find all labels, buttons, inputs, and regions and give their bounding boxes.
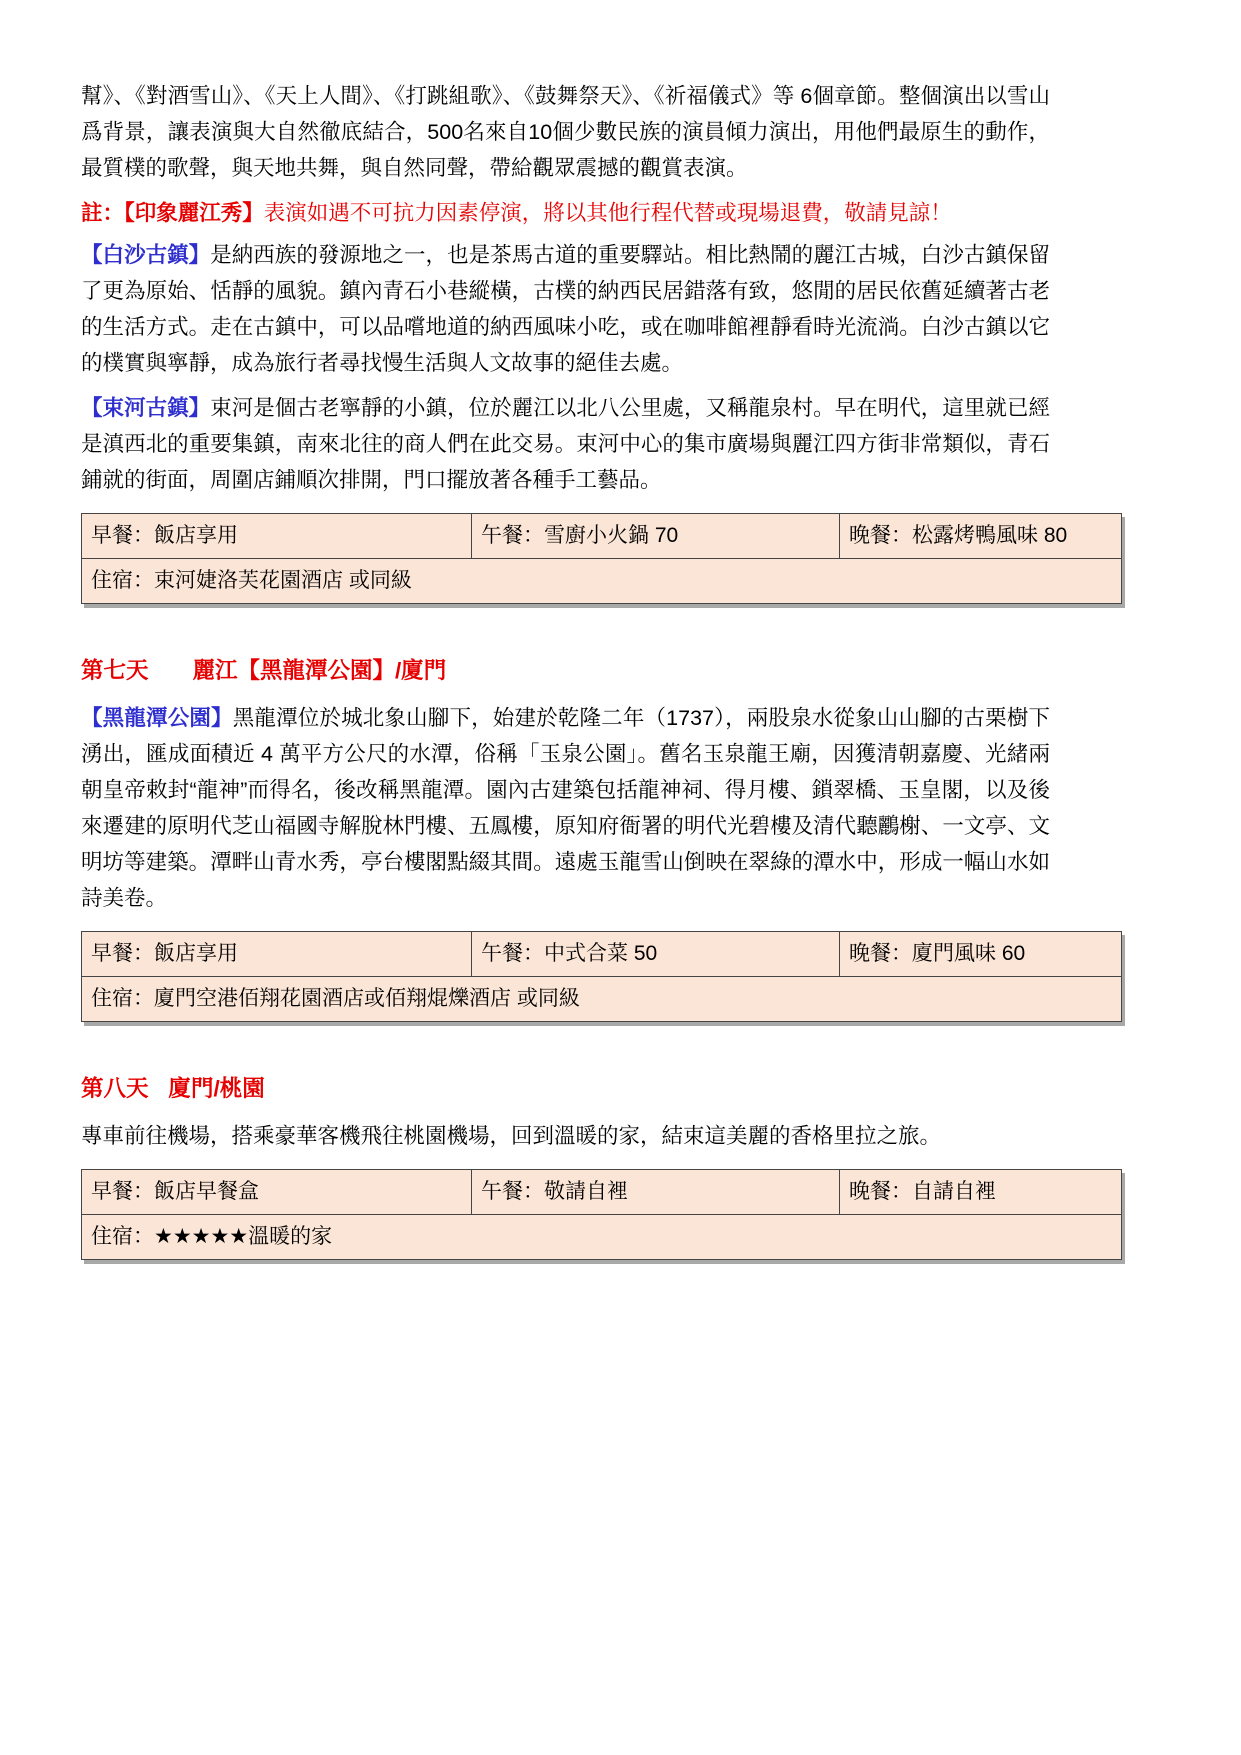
day8-label: 第八天 — [81, 1076, 149, 1101]
meal-table-day8: 早餐：飯店早餐盒 午餐：敬請自裡 晚餐：自請自裡 住宿：★★★★★溫暖的家 — [81, 1169, 1122, 1260]
day8-title: 廈門/桃園 — [169, 1076, 265, 1101]
intro-paragraph: 幫》、《對酒雪山》、《天上人間》、《打跳組歌》、《鼓舞祭天》、《祈福儀式》等 6… — [81, 78, 1050, 186]
lodging-cell: 住宿：束河婕洛芙花園酒店 或同級 — [82, 559, 1122, 604]
note-text: 表演如遇不可抗力因素停演，將以其他行程代替或現場退費，敬請見諒！ — [264, 201, 952, 225]
spot-paragraph-shuhe: 【束河古鎮】束河是個古老寧靜的小鎮，位於麗江以北八公里處，又稱龍泉村。早在明代，… — [81, 390, 1050, 498]
day8-text: 專車前往機場，搭乘豪華客機飛往桃園機場，回到溫暖的家，結束這美麗的香格里拉之旅。 — [81, 1124, 941, 1148]
day8-paragraph: 專車前往機場，搭乘豪華客機飛往桃園機場，回到溫暖的家，結束這美麗的香格里拉之旅。 — [81, 1118, 1050, 1154]
breakfast-cell: 早餐：飯店早餐盒 — [82, 1170, 472, 1215]
breakfast-cell: 早餐：飯店享用 — [82, 932, 472, 977]
spot-text-heilongtan: 黑龍潭位於城北象山腳下，始建於乾隆二年（1737），兩股泉水從象山山腳的古栗樹下… — [81, 706, 1050, 910]
day7-label: 第七天 — [81, 658, 149, 683]
spot-paragraph-baisha: 【白沙古鎮】是納西族的發源地之一，也是茶馬古道的重要驛站。相比熱鬧的麗江古城，白… — [81, 237, 1050, 381]
lodging-cell: 住宿：廈門空港佰翔花園酒店或佰翔焜爍酒店 或同級 — [82, 977, 1122, 1022]
spot-text-baisha: 是納西族的發源地之一，也是茶馬古道的重要驛站。相比熱鬧的麗江古城，白沙古鎮保留了… — [81, 243, 1050, 375]
meal-table-day6: 早餐：飯店享用 午餐：雪廚小火鍋 70 晚餐：松露烤鴨風味 80 住宿：束河婕洛… — [81, 513, 1122, 604]
spot-paragraph-heilongtan: 【黑龍潭公園】黑龍潭位於城北象山腳下，始建於乾隆二年（1737），兩股泉水從象山… — [81, 700, 1050, 916]
dinner-cell: 晚餐：松露烤鴨風味 80 — [840, 514, 1122, 559]
spot-text-shuhe: 束河是個古老寧靜的小鎮，位於麗江以北八公里處，又稱龍泉村。早在明代，這里就已經是… — [81, 396, 1050, 492]
lodging-row: 住宿：廈門空港佰翔花園酒店或佰翔焜爍酒店 或同級 — [82, 977, 1122, 1022]
spot-tag-heilongtan: 【黑龍潭公園】 — [81, 706, 233, 730]
performance-cancellation-note: 註：【印象麗江秀】表演如遇不可抗力因素停演，將以其他行程代替或現場退費，敬請見諒… — [81, 195, 1050, 231]
meal-table-day7: 早餐：飯店享用 午餐：中式合菜 50 晚餐：廈門風味 60 住宿：廈門空港佰翔花… — [81, 931, 1122, 1022]
dinner-cell: 晚餐：自請自裡 — [840, 1170, 1122, 1215]
day7-heading: 第七天麗江【黑龍潭公園】/廈門 — [81, 656, 1081, 686]
meal-row: 早餐：飯店享用 午餐：中式合菜 50 晚餐：廈門風味 60 — [82, 932, 1122, 977]
spot-tag-shuhe: 【束河古鎮】 — [81, 396, 210, 420]
lodging-row: 住宿：束河婕洛芙花園酒店 或同級 — [82, 559, 1122, 604]
dinner-cell: 晚餐：廈門風味 60 — [840, 932, 1122, 977]
lunch-cell: 午餐：敬請自裡 — [472, 1170, 840, 1215]
lunch-cell: 午餐：中式合菜 50 — [472, 932, 840, 977]
meal-row: 早餐：飯店享用 午餐：雪廚小火鍋 70 晚餐：松露烤鴨風味 80 — [82, 514, 1122, 559]
breakfast-cell: 早餐：飯店享用 — [82, 514, 472, 559]
lodging-row: 住宿：★★★★★溫暖的家 — [82, 1215, 1122, 1260]
day8-heading: 第八天廈門/桃園 — [81, 1074, 1081, 1104]
meal-row: 早餐：飯店早餐盒 午餐：敬請自裡 晚餐：自請自裡 — [82, 1170, 1122, 1215]
note-show-tag: 註：【印象麗江秀】 — [81, 201, 264, 225]
intro-text: 幫》、《對酒雪山》、《天上人間》、《打跳組歌》、《鼓舞祭天》、《祈福儀式》等 6… — [81, 84, 1050, 180]
lunch-cell: 午餐：雪廚小火鍋 70 — [472, 514, 840, 559]
day7-title: 麗江【黑龍潭公園】/廈門 — [193, 658, 447, 683]
lodging-cell: 住宿：★★★★★溫暖的家 — [82, 1215, 1122, 1260]
itinerary-document-page: 幫》、《對酒雪山》、《天上人間》、《打跳組歌》、《鼓舞祭天》、《祈福儀式》等 6… — [0, 0, 1241, 1755]
spot-tag-baisha: 【白沙古鎮】 — [81, 243, 210, 267]
